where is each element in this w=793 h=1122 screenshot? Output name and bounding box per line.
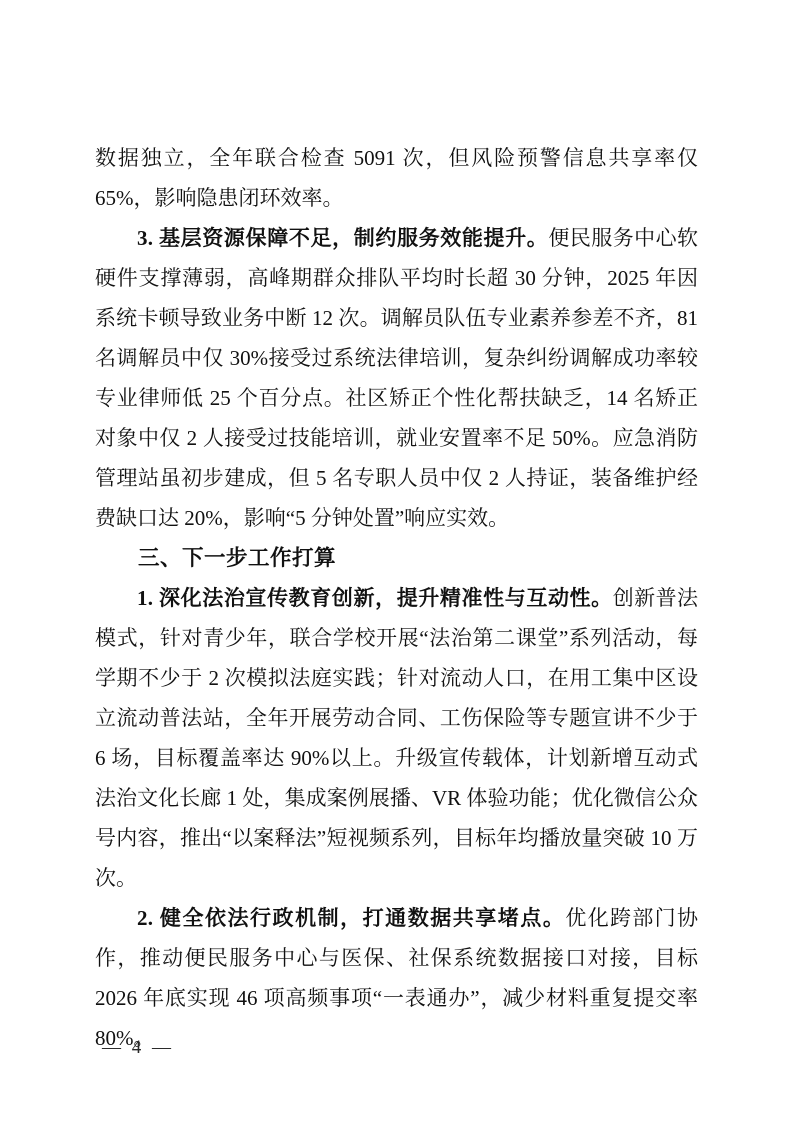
paragraph-point-1: 1. 深化法治宣传教育创新，提升精准性与互动性。创新普法模式，针对青少年，联合学… <box>95 578 698 898</box>
paragraph-point-1-body: 创新普法模式，针对青少年，联合学校开展“法治第二课堂”系列活动，每学期不少于 2… <box>95 586 698 890</box>
paragraph-continuation: 数据独立，全年联合检查 5091 次，但风险预警信息共享率仅 65%，影响隐患闭… <box>95 138 698 218</box>
document-body: 数据独立，全年联合检查 5091 次，但风险预警信息共享率仅 65%，影响隐患闭… <box>95 138 698 1058</box>
paragraph-point-2-lead: 2. 健全依法行政机制，打通数据共享堵点。 <box>137 906 565 930</box>
paragraph-point-1-lead: 1. 深化法治宣传教育创新，提升精准性与互动性。 <box>137 586 613 610</box>
paragraph-point-3-lead: 3. 基层资源保障不足，制约服务效能提升。 <box>137 226 548 250</box>
paragraph-point-3-body: 便民服务中心软硬件支撑薄弱，高峰期群众排队平均时长超 30 分钟，2025 年因… <box>95 226 698 530</box>
section-heading: 三、下一步工作打算 <box>95 538 698 578</box>
page-number: — 4 — <box>102 1034 174 1062</box>
paragraph-point-2: 2. 健全依法行政机制，打通数据共享堵点。优化跨部门协作，推动便民服务中心与医保… <box>95 898 698 1058</box>
paragraph-point-3: 3. 基层资源保障不足，制约服务效能提升。便民服务中心软硬件支撑薄弱，高峰期群众… <box>95 218 698 538</box>
document-page: 数据独立，全年联合检查 5091 次，但风险预警信息共享率仅 65%，影响隐患闭… <box>0 0 793 1122</box>
